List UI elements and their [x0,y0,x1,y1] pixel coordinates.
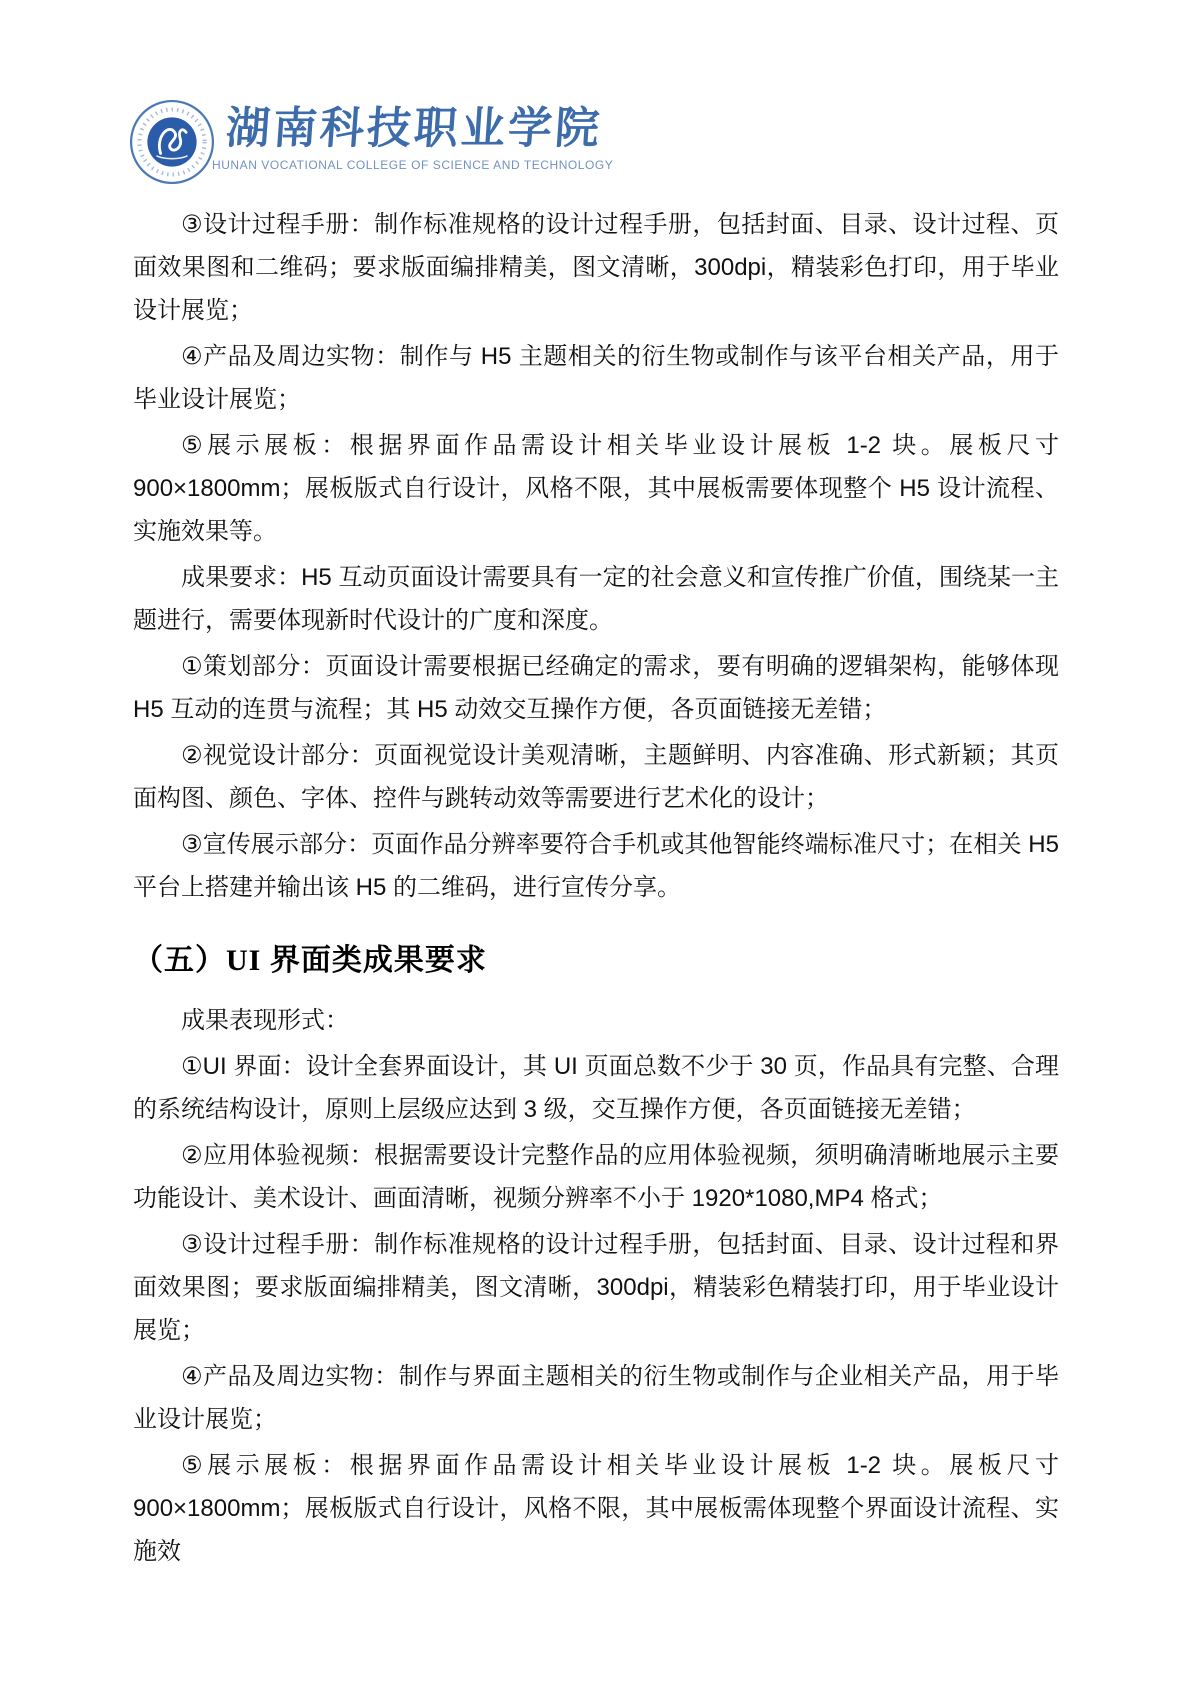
paragraph-achievement-requirements-h5: 成果要求：H5 互动页面设计需要具有一定的社会意义和宣传推广价值，围绕某一主题进… [133,556,1059,642]
paragraph-products-peripherals-h5: ④产品及周边实物：制作与 H5 主题相关的衍生物或制作与该平台相关产品，用于毕业… [133,335,1059,421]
paragraph-design-process-manual-ui: ③设计过程手册：制作标准规格的设计过程手册，包括封面、目录、设计过程和界面效果图… [133,1223,1059,1352]
college-name-block: 湖南科技职业学院 HUNAN VOCATIONAL COLLEGE OF SCI… [226,98,613,172]
paragraph-promotion-display-part: ③宣传展示部分：页面作品分辨率要符合手机或其他智能终端标准尺寸；在相关 H5 平… [133,823,1059,909]
paragraph-display-board-ui: ⑤展示展板：根据界面作品需设计相关毕业设计展板 1-2 块。展板尺寸 900×1… [133,1444,1059,1573]
section-heading-ui-requirements: （五）UI 界面类成果要求 [133,939,1059,983]
college-seal-icon [128,98,216,186]
paragraph-visual-design-part: ②视觉设计部分：页面视觉设计美观清晰，主题鲜明、内容准确、形式新颖；其页面构图、… [133,734,1059,820]
document-page: 湖南科技职业学院 HUNAN VOCATIONAL COLLEGE OF SCI… [0,0,1191,1684]
paragraph-experience-video: ②应用体验视频：根据需要设计完整作品的应用体验视频，须明确清晰地展示主要功能设计… [133,1134,1059,1220]
college-letterhead: 湖南科技职业学院 HUNAN VOCATIONAL COLLEGE OF SCI… [128,98,613,186]
document-body: ③设计过程手册：制作标准规格的设计过程手册，包括封面、目录、设计过程、页面效果图… [133,203,1059,1576]
college-name-calligraphy: 湖南科技职业学院 [224,104,615,155]
paragraph-ui-interface: ①UI 界面：设计全套界面设计，其 UI 页面总数不少于 30 页，作品具有完整… [133,1045,1059,1131]
paragraph-products-peripherals-ui: ④产品及周边实物：制作与界面主题相关的衍生物或制作与企业相关产品，用于毕业设计展… [133,1355,1059,1441]
paragraph-result-forms-label: 成果表现形式： [133,999,1059,1042]
paragraph-display-board-h5: ⑤展示展板：根据界面作品需设计相关毕业设计展板 1-2 块。展板尺寸 900×1… [133,424,1059,553]
college-name-english: HUNAN VOCATIONAL COLLEGE OF SCIENCE AND … [212,158,613,172]
paragraph-design-process-manual-h5: ③设计过程手册：制作标准规格的设计过程手册，包括封面、目录、设计过程、页面效果图… [133,203,1059,332]
paragraph-planning-part: ①策划部分：页面设计需要根据已经确定的需求，要有明确的逻辑架构，能够体现 H5 … [133,645,1059,731]
